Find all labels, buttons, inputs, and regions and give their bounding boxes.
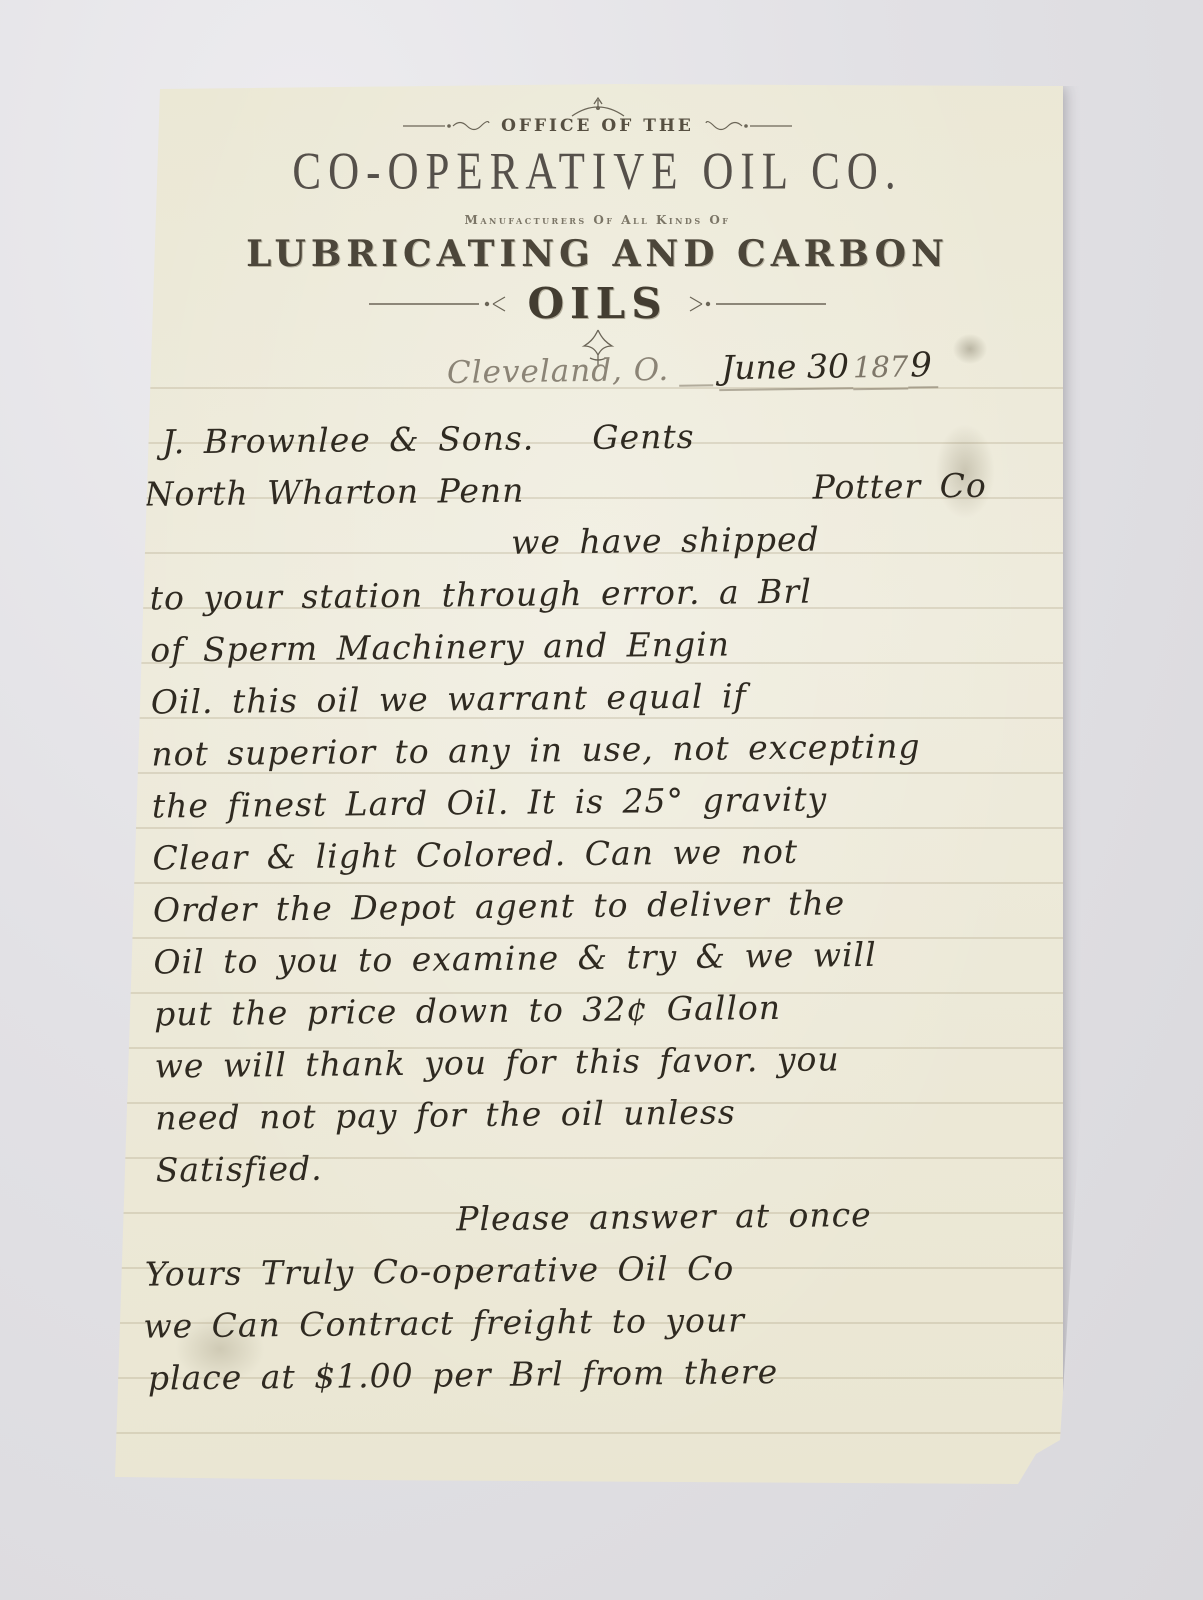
letter-line: Please answer at once [456, 1187, 1057, 1245]
salutation: Gents [592, 417, 695, 457]
letter-line: Oil. this oil we warrant equal if [151, 667, 1051, 728]
printed-year-prefix: 187 [853, 350, 909, 391]
letter-line: to your station through error. a Brl [149, 563, 1049, 624]
oils-rule-left-icon [367, 295, 517, 313]
letter-line: place at $1.00 per Brl from there [148, 1343, 1058, 1405]
address-town: North Wharton Penn [144, 471, 524, 514]
product-line: LUBRICATING AND CARBON [160, 233, 1035, 275]
letter-line: Oil to you to examine & try & we will [153, 927, 1053, 988]
addressee: J. Brownlee & Sons. [162, 418, 535, 461]
letter-line: Satisfied. [155, 1135, 1055, 1196]
handwritten-year-digit: 9 [908, 345, 938, 388]
crest-ornament-icon [566, 96, 630, 118]
oils-rule-right-icon [678, 295, 828, 313]
letterhead: OFFICE OF THE CO-OPERATIVE OIL CO. Manuf… [160, 96, 1035, 368]
letter-line: the finest Lard Oil. It is 25° gravity [152, 771, 1052, 832]
dateline-place: Cleveland, O. [447, 352, 670, 391]
address-line: North Wharton Penn Potter Co [144, 459, 1048, 520]
left-flourish-icon [401, 119, 493, 133]
letter-line: of Sperm Machinery and Engin [150, 615, 1050, 676]
letter-line: not superior to any in use, not exceptin… [151, 719, 1051, 780]
addressee-line: J. Brownlee & Sons.Gents [162, 407, 1048, 468]
manufacturers-line: Manufacturers of All Kinds of [160, 213, 1035, 227]
address-county: Potter Co [812, 460, 987, 514]
letter-line: Yours Truly Co-operative Oil Co [145, 1239, 1057, 1301]
letter-paper: OFFICE OF THE CO-OPERATIVE OIL CO. Manuf… [115, 84, 1063, 1487]
letter-line: put the price down to 32¢ Gallon [154, 979, 1054, 1040]
office-line-row: OFFICE OF THE [160, 116, 1035, 136]
letter-body: J. Brownlee & Sons.Gents North Wharton P… [110, 407, 1058, 1405]
letter-line: Clear & light Colored. Can we not [152, 823, 1052, 884]
letter-line: we have shipped [511, 511, 1050, 569]
right-flourish-icon [702, 119, 794, 133]
oils-word: OILS [527, 279, 667, 328]
handwritten-date: June 30 [719, 346, 853, 391]
letter-line: need not pay for the oil unless [155, 1083, 1055, 1144]
letter-line: we Can Contract freight to your [143, 1291, 1057, 1353]
company-name: CO-OPERATIVE OIL CO. [160, 142, 1035, 202]
oils-row: OILS [160, 279, 1035, 328]
photo-background: OFFICE OF THE CO-OPERATIVE OIL CO. Manuf… [0, 0, 1203, 1600]
dateline-underline [679, 384, 713, 386]
letter-line: Order the Depot agent to deliver the [153, 875, 1053, 936]
office-of-the-label: OFFICE OF THE [501, 116, 694, 136]
letter-line: we will thank you for this favor. you [154, 1031, 1054, 1092]
